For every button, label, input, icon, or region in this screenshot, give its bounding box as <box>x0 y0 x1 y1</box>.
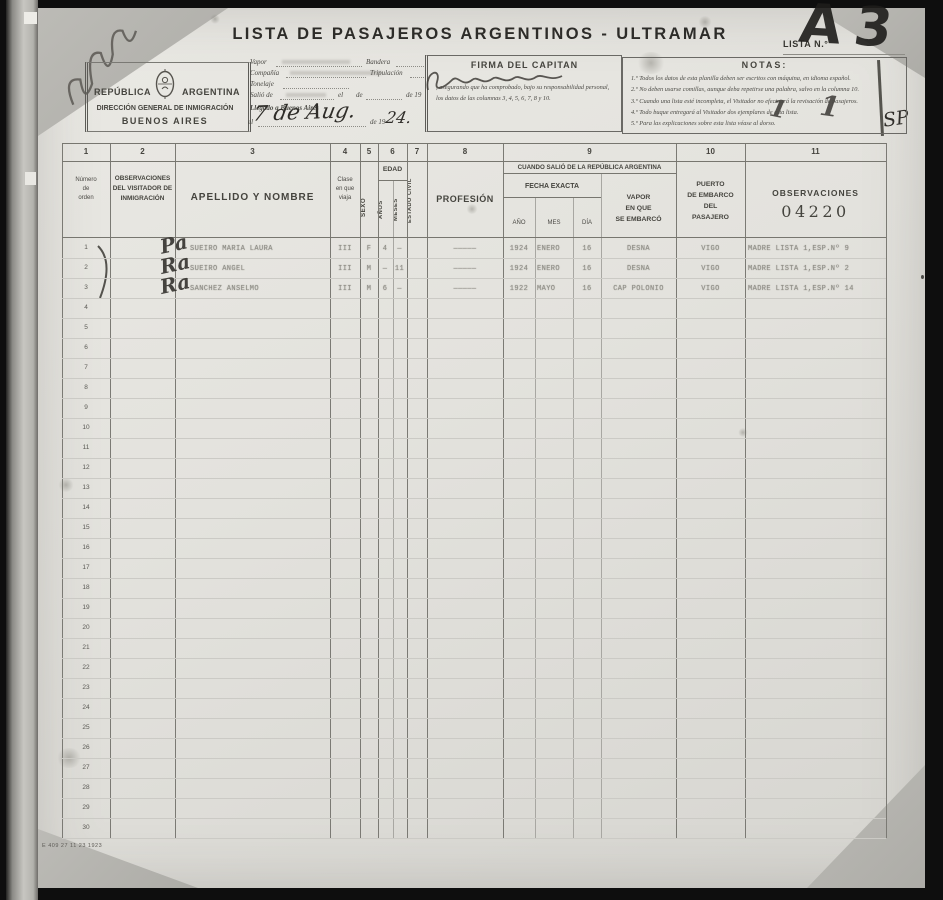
cell-ship: CAP POLONIO <box>601 285 676 293</box>
table-row-line <box>62 818 886 819</box>
row-number: 2 <box>62 264 110 271</box>
header-ano: AÑO <box>503 220 535 226</box>
table-row-line <box>62 718 886 719</box>
row-number: 27 <box>62 764 110 771</box>
column-number: 8 <box>450 147 480 156</box>
table-row-line <box>62 838 886 839</box>
table-row-line <box>62 318 886 319</box>
table-grid-vline <box>886 143 887 838</box>
header-apellido-nombre: APELLIDO Y NOMBRE <box>175 192 330 203</box>
header-mes: MES <box>535 220 573 226</box>
row-number: 16 <box>62 544 110 551</box>
table-row-line <box>62 618 886 619</box>
table-row-line <box>62 338 886 339</box>
header-sexo: SEXO <box>360 180 378 234</box>
cell-name: SUEIRO ANGEL <box>190 265 330 273</box>
table-row-line <box>62 478 886 479</box>
column-number: 1 <box>71 147 101 156</box>
row-number: 18 <box>62 584 110 591</box>
cell-port: VIGO <box>676 265 745 273</box>
cell-years: — <box>378 265 392 273</box>
row-number: 17 <box>62 564 110 571</box>
visitor-mark-handwritten: Ra <box>158 269 192 299</box>
row-number: 21 <box>62 644 110 651</box>
header-edad: EDAD <box>378 166 407 173</box>
cell-years: 4 <box>378 245 392 253</box>
registration-stamp: 04220 <box>745 202 886 221</box>
cell-note: MADRE LISTA 1,ESP.Nº 2 <box>748 265 886 273</box>
row-number: 25 <box>62 724 110 731</box>
row-number: 28 <box>62 784 110 791</box>
cell-port: VIGO <box>676 245 745 253</box>
table-row-line <box>62 438 886 439</box>
table-row-line <box>62 558 886 559</box>
table-grid-hline <box>378 180 407 181</box>
table-grid-vline <box>745 143 746 838</box>
table-row-line <box>62 638 886 639</box>
table-row-line <box>62 678 886 679</box>
spine-label-square <box>25 172 36 185</box>
row-number: 24 <box>62 704 110 711</box>
cell-class: III <box>330 245 360 253</box>
row-number: 4 <box>62 304 110 311</box>
table-row-line <box>62 358 886 359</box>
table-row-line <box>62 578 886 579</box>
column-number: 7 <box>402 147 432 156</box>
row-number: 1 <box>62 244 110 251</box>
row-number: 6 <box>62 344 110 351</box>
passenger-table: Número de orden OBSERVACIONES DEL VISITA… <box>38 8 925 888</box>
header-profesion: PROFESIÓN <box>427 194 503 204</box>
header-numero-orden: Número de orden <box>62 176 110 203</box>
table-row-line <box>62 778 886 779</box>
row-number: 11 <box>62 444 110 451</box>
table-row-line <box>62 658 886 659</box>
table-row-line <box>62 378 886 379</box>
cell-year: 1924 <box>503 265 535 273</box>
column-number: 10 <box>696 147 726 156</box>
column-number: 3 <box>238 147 268 156</box>
cell-port: VIGO <box>676 285 745 293</box>
row-number: 12 <box>62 464 110 471</box>
table-row-line <box>62 598 886 599</box>
row-number: 10 <box>62 424 110 431</box>
row-number: 20 <box>62 624 110 631</box>
header-estado-civil: ESTADO CIVIL <box>407 168 427 234</box>
row-number: 5 <box>62 324 110 331</box>
document-page: LISTA DE PASAJEROS ARGENTINOS - ULTRAMAR… <box>38 8 925 888</box>
row-number: 8 <box>62 384 110 391</box>
table-grid-hline <box>62 161 886 162</box>
cell-day: 16 <box>573 265 601 273</box>
column-number: 11 <box>801 147 831 156</box>
table-row-line <box>62 458 886 459</box>
table-row-line <box>62 798 886 799</box>
row-number: 23 <box>62 684 110 691</box>
print-plate-note: E 409 27 11 23 1923 <box>42 843 102 849</box>
header-fecha-exacta: FECHA EXACTA <box>503 183 601 190</box>
cell-sex: F <box>360 245 378 253</box>
cell-sex: M <box>360 285 378 293</box>
header-puerto-embarco: PUERTO DE EMBARCO DEL PASAJERO <box>676 180 745 224</box>
row-number: 19 <box>62 604 110 611</box>
cell-class: III <box>330 285 360 293</box>
table-row-line <box>62 698 886 699</box>
row-number: 7 <box>62 364 110 371</box>
table-row-line <box>62 498 886 499</box>
header-vapor-embarco: VAPOR EN QUE SE EMBARCÓ <box>601 193 676 226</box>
row-number: 3 <box>62 284 110 291</box>
spine-label-square <box>24 12 37 24</box>
cell-class: III <box>330 265 360 273</box>
cell-months: — <box>392 285 407 293</box>
table-row-line <box>62 298 886 299</box>
row-number: 14 <box>62 504 110 511</box>
column-number: 2 <box>128 147 158 156</box>
table-grid-hline <box>503 173 676 174</box>
table-row-line <box>62 738 886 739</box>
header-cuando-salio: CUANDO SALIÓ DE LA REPÚBLICA ARGENTINA <box>503 164 676 171</box>
cell-months: 11 <box>392 265 407 273</box>
cell-months: — <box>392 245 407 253</box>
cell-sex: M <box>360 265 378 273</box>
row-number: 29 <box>62 804 110 811</box>
cell-ship: DESNA <box>601 245 676 253</box>
cell-month: MAYO <box>537 285 573 293</box>
row-number: 26 <box>62 744 110 751</box>
row-number: 30 <box>62 824 110 831</box>
row-number: 22 <box>62 664 110 671</box>
row-number: 15 <box>62 524 110 531</box>
cell-note: MADRE LISTA 1,ESP.Nº 14 <box>748 285 886 293</box>
cell-year: 1924 <box>503 245 535 253</box>
cell-day: 16 <box>573 285 601 293</box>
row-number: 13 <box>62 484 110 491</box>
table-grid-vline <box>407 143 408 838</box>
table-grid-hline <box>503 197 601 198</box>
cell-day: 16 <box>573 245 601 253</box>
table-row-line <box>62 758 886 759</box>
column-number: 9 <box>575 147 605 156</box>
header-meses: MESES <box>393 184 407 236</box>
header-clase: Clase en que viaja <box>330 176 360 203</box>
table-row-line <box>62 398 886 399</box>
table-row-line <box>62 538 886 539</box>
table-row-line <box>62 518 886 519</box>
cell-years: 6 <box>378 285 392 293</box>
cell-year: 1922 <box>503 285 535 293</box>
scanned-document-photo: LISTA DE PASAJEROS ARGENTINOS - ULTRAMAR… <box>0 0 943 900</box>
header-observaciones: OBSERVACIONES <box>745 188 886 198</box>
cell-profession: ————— <box>427 285 503 293</box>
cell-name: SUEIRO MARIA LAURA <box>190 245 330 253</box>
header-anos: AÑOS <box>378 184 392 236</box>
header-dia: DÍA <box>573 220 601 226</box>
cell-note: MADRE LISTA 1,ESP.Nº 9 <box>748 245 886 253</box>
cell-month: ENERO <box>537 265 573 273</box>
cell-name: SANCHEZ ANSELMO <box>190 285 330 293</box>
book-spine <box>6 0 38 900</box>
header-observaciones-visitador: OBSERVACIONES DEL VISITADOR DE INMIGRACI… <box>110 174 175 204</box>
cell-profession: ————— <box>427 265 503 273</box>
cell-profession: ————— <box>427 245 503 253</box>
table-row-line <box>62 418 886 419</box>
row-number: 9 <box>62 404 110 411</box>
cell-month: ENERO <box>537 245 573 253</box>
cell-ship: DESNA <box>601 265 676 273</box>
table-grid-hline <box>62 143 886 144</box>
table-grid-vline <box>110 143 111 838</box>
